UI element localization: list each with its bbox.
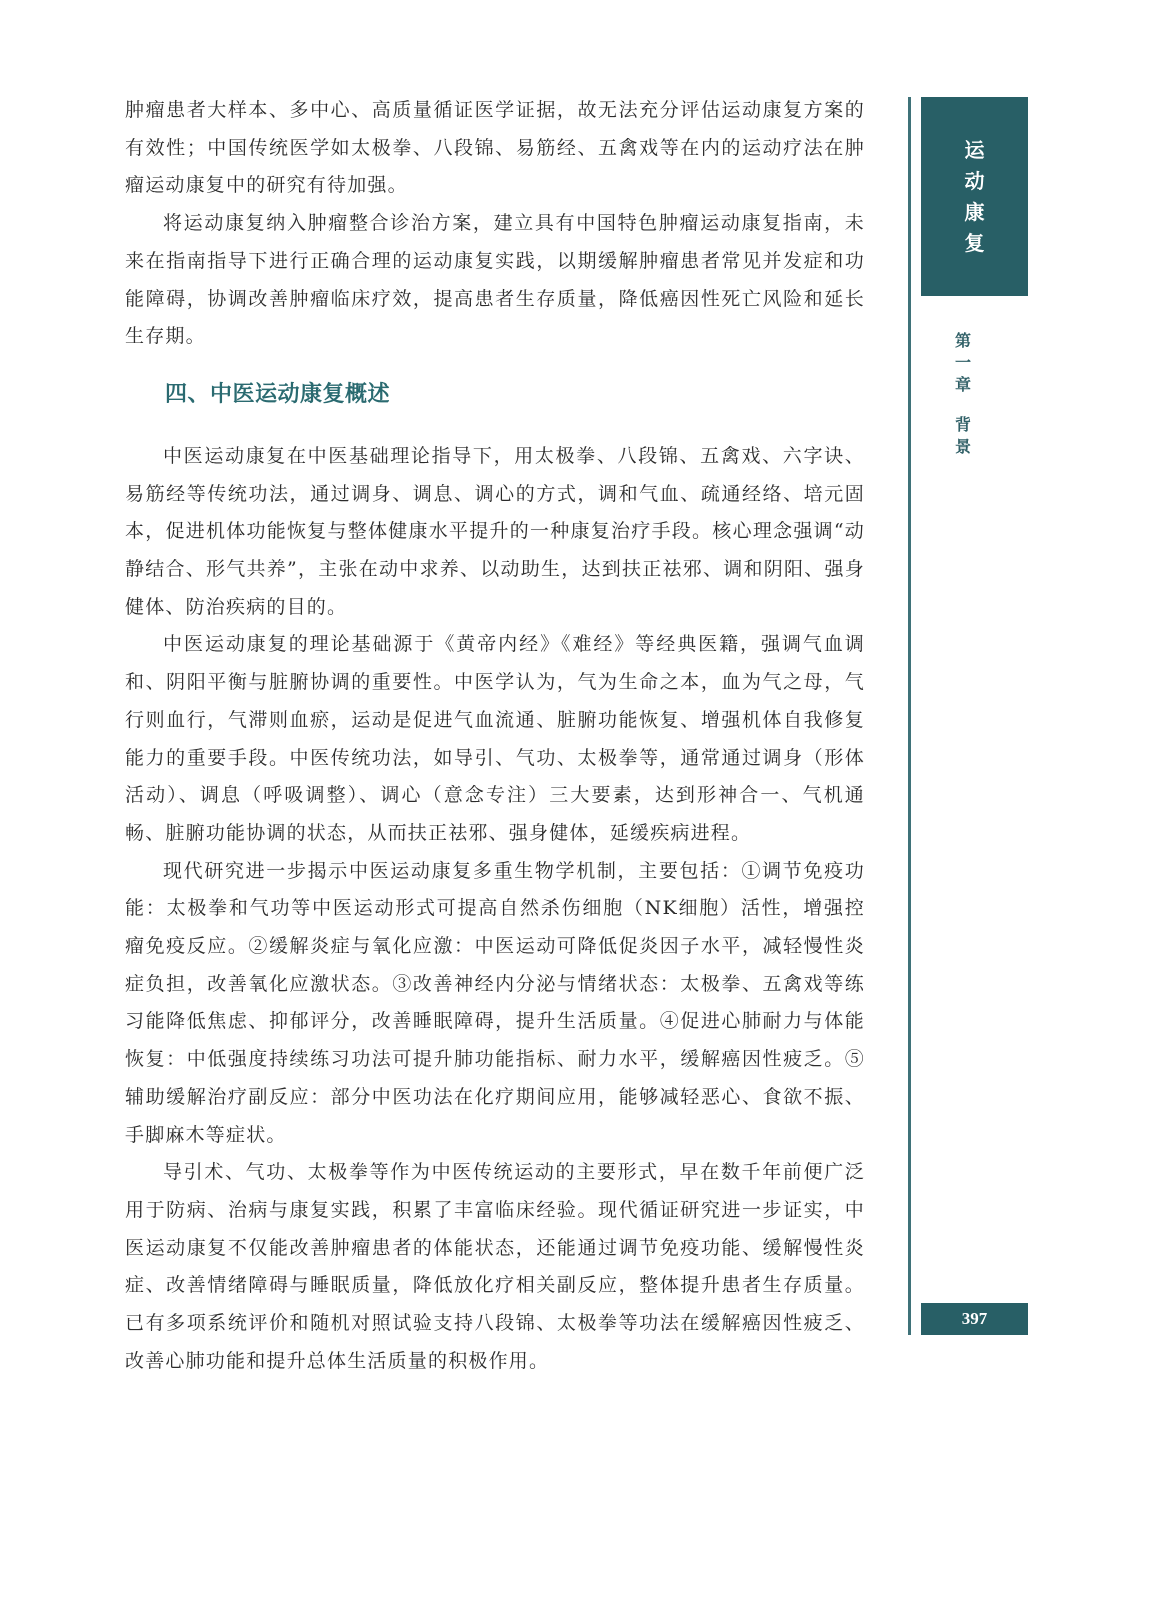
paragraph-text: 现代研究进一步揭示中医运动康复多重生物学机制，主要包括：①调节免疫功能：太极拳和… (125, 853, 865, 1155)
paragraph-2: 中医运动康复在中医基础理论指导下，用太极拳、八段锦、五禽戏、六字诀、易筋经等传统… (125, 438, 865, 627)
page-number: 397 (921, 1303, 1028, 1335)
section-tab: 运 动 康 复 (921, 97, 1028, 296)
chapter-char: 一 (955, 352, 971, 374)
section-tab-char: 运 (965, 135, 985, 166)
paragraph-continued: 肿瘤患者大样本、多中心、高质量循证医学证据，故无法充分评估运动康复方案的有效性；… (125, 92, 865, 205)
main-text: 肿瘤患者大样本、多中心、高质量循证医学证据，故无法充分评估运动康复方案的有效性；… (125, 92, 865, 1381)
margin-rule (908, 97, 911, 1335)
chapter-char: 章 (955, 374, 971, 396)
chapter-label: 第 一 章 背 景 (948, 330, 978, 458)
chapter-char: 第 (955, 330, 971, 352)
paragraph-3: 中医运动康复的理论基础源于《黄帝内经》《难经》等经典医籍，强调气血调和、阴阳平衡… (125, 626, 865, 852)
paragraph-4: 现代研究进一步揭示中医运动康复多重生物学机制，主要包括：①调节免疫功能：太极拳和… (125, 853, 865, 1155)
chapter-char: 景 (955, 436, 971, 458)
section-tab-char: 动 (965, 166, 985, 197)
paragraph-5: 导引术、气功、太极拳等作为中医传统运动的主要形式，早在数千年前便广泛用于防病、治… (125, 1154, 865, 1380)
section-tab-char: 康 (965, 197, 985, 228)
section-tab-char: 复 (965, 228, 985, 259)
paragraph-1: 将运动康复纳入肿瘤整合诊治方案，建立具有中国特色肿瘤运动康复指南，未来在指南指导… (125, 205, 865, 356)
section-heading: 四、中医运动康复概述 (165, 374, 865, 414)
paragraph-text: 导引术、气功、太极拳等作为中医传统运动的主要形式，早在数千年前便广泛用于防病、治… (125, 1154, 865, 1380)
chapter-char: 背 (955, 414, 971, 436)
paragraph-text: 肿瘤患者大样本、多中心、高质量循证医学证据，故无法充分评估运动康复方案的有效性；… (125, 92, 865, 205)
paragraph-text: 中医运动康复的理论基础源于《黄帝内经》《难经》等经典医籍，强调气血调和、阴阳平衡… (125, 626, 865, 852)
paragraph-text: 将运动康复纳入肿瘤整合诊治方案，建立具有中国特色肿瘤运动康复指南，未来在指南指导… (125, 205, 865, 356)
paragraph-text: 中医运动康复在中医基础理论指导下，用太极拳、八段锦、五禽戏、六字诀、易筋经等传统… (125, 438, 865, 627)
